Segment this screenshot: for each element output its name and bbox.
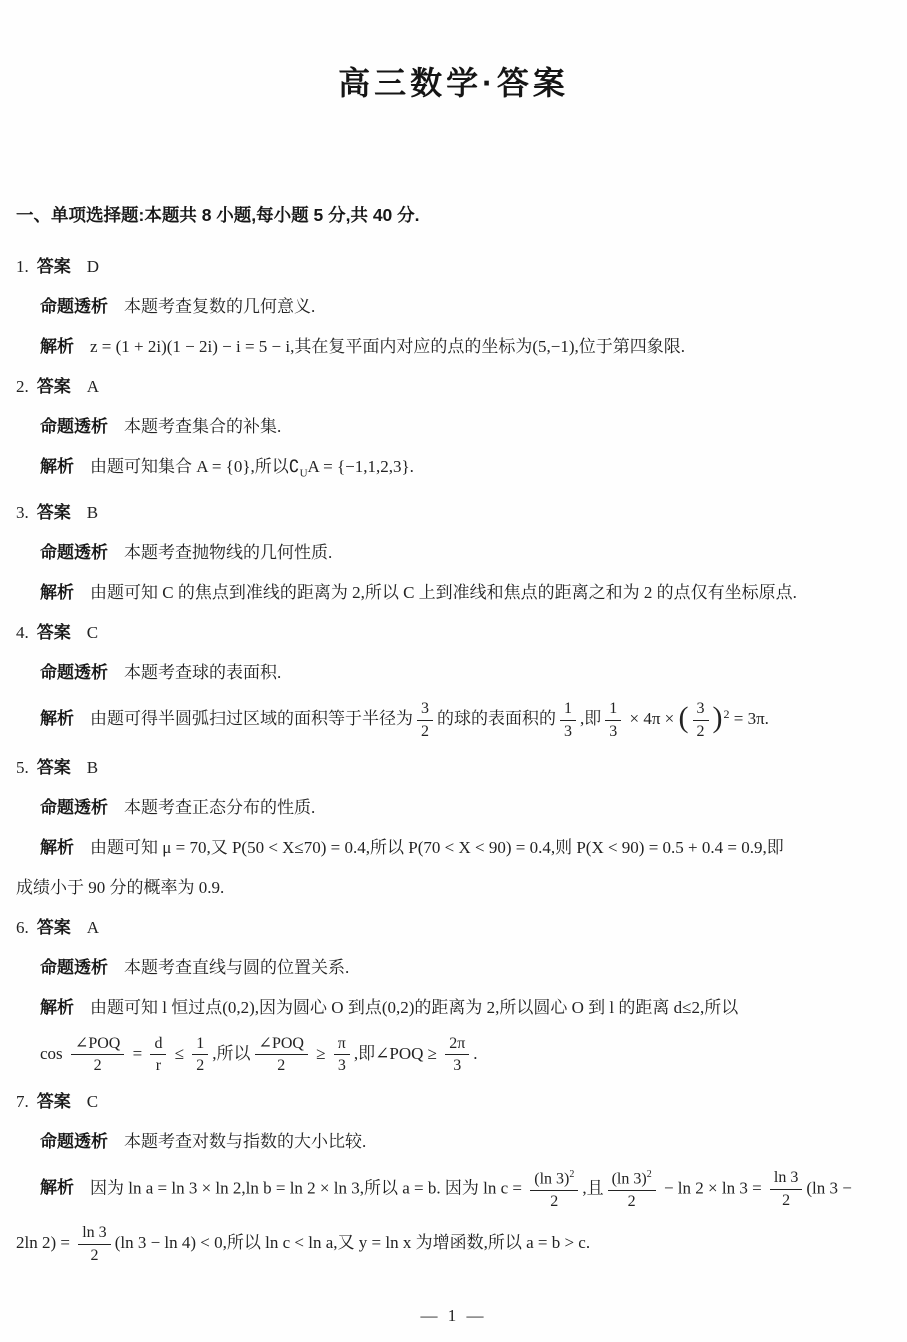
solution-text: − ln 2 × ln 3 =	[660, 1178, 766, 1197]
fraction: 13	[560, 700, 576, 740]
fraction: 32	[693, 700, 709, 740]
question-block-5: 5.答案B 命题透析本题考查正态分布的性质. 解析由题可知 μ = 70,又 P…	[16, 755, 881, 901]
analysis-text: 本题考查集合的补集.	[124, 417, 281, 436]
solution-text: ≤	[170, 1044, 188, 1063]
complement-subscript: U	[300, 467, 308, 479]
answer-value: B	[87, 758, 99, 777]
numerator: 2π	[445, 1035, 469, 1056]
numerator-exponent: 2	[569, 1169, 574, 1180]
fraction: 13	[605, 700, 621, 740]
fraction: dr	[150, 1035, 166, 1075]
analysis-text: 本题考查复数的几何意义.	[124, 297, 315, 316]
question-block-3: 3.答案B 命题透析本题考查抛物线的几何性质. 解析由题可知 C 的焦点到准线的…	[16, 500, 881, 606]
fraction: (ln 3)22	[530, 1169, 578, 1211]
analysis-label: 命题透析	[40, 958, 108, 977]
solution-text: ,即∠POQ ≥	[354, 1044, 441, 1063]
answer-line: 7.答案C	[16, 1089, 881, 1115]
answer-line: 1.答案D	[16, 254, 881, 280]
solution-line: 解析由题可知 l 恒过点(0,2),因为圆心 O 到点(0,2)的距离为 2,所…	[16, 995, 881, 1021]
fraction: ∠POQ2	[255, 1035, 308, 1075]
answer-label: 答案	[37, 918, 71, 937]
solution-continuation: cos ∠POQ2 = dr ≤ 12,所以∠POQ2 ≥ π3,即∠POQ ≥…	[16, 1035, 881, 1075]
page-title: 高三数学·答案	[0, 0, 907, 104]
question-number: 7.	[16, 1092, 29, 1111]
fraction: ln 32	[770, 1169, 802, 1209]
answer-label: 答案	[37, 623, 71, 642]
solution-text: ≥	[312, 1044, 330, 1063]
analysis-label: 命题透析	[40, 297, 108, 316]
denominator: 2	[78, 1245, 110, 1265]
solution-text: 成绩小于 90 分的概率为 0.9.	[16, 878, 224, 897]
solution-text: (ln 3 −	[806, 1178, 851, 1197]
denominator: r	[150, 1055, 166, 1075]
analysis-line: 命题透析本题考查对数与指数的大小比较.	[16, 1129, 881, 1155]
numerator: π	[334, 1035, 350, 1056]
solution-text: (ln 3 − ln 4) < 0,所以 ln c < ln a,又 y = l…	[115, 1233, 590, 1252]
answer-line: 6.答案A	[16, 915, 881, 941]
solution-text: ,所以	[212, 1044, 250, 1063]
numerator: ln 3	[770, 1169, 802, 1190]
solution-text: .	[473, 1044, 477, 1063]
analysis-line: 命题透析本题考查抛物线的几何性质.	[16, 540, 881, 566]
fraction: ln 32	[78, 1224, 110, 1264]
analysis-label: 命题透析	[40, 663, 108, 682]
solution-text: = 3π.	[730, 709, 769, 728]
numerator: ∠POQ	[71, 1035, 124, 1056]
section-header: 一、单项选择题:本题共 8 小题,每小题 5 分,共 40 分.	[16, 202, 881, 228]
close-paren: )	[713, 701, 723, 734]
question-number: 2.	[16, 377, 29, 396]
answer-line: 5.答案B	[16, 755, 881, 781]
solution-label: 解析	[40, 583, 74, 602]
solution-text: × 4π ×	[625, 709, 678, 728]
question-block-2: 2.答案A 命题透析本题考查集合的补集. 解析由题可知集合 A = {0},所以…	[16, 374, 881, 486]
denominator: 3	[334, 1055, 350, 1075]
solution-line: 解析z = (1 + 2i)(1 − 2i) − i = 5 − i,其在复平面…	[16, 334, 881, 360]
numerator: (ln 3)2	[608, 1169, 656, 1191]
fraction: ∠POQ2	[71, 1035, 124, 1075]
solution-line: 解析由题可知集合 A = {0},所以∁UA = {−1,1,2,3}.	[16, 454, 881, 486]
solution-text: =	[128, 1044, 146, 1063]
denominator: 2	[693, 721, 709, 741]
solution-label: 解析	[40, 998, 74, 1017]
numerator-text: (ln 3)	[534, 1170, 569, 1187]
fraction: 12	[192, 1035, 208, 1075]
denominator: 3	[445, 1055, 469, 1075]
denominator: 3	[605, 721, 621, 741]
fraction: 32	[417, 700, 433, 740]
solution-line: 解析由题可得半圆弧扫过区域的面积等于半径为32的球的表面积的13,即13 × 4…	[16, 700, 881, 740]
solution-text: 由题可知 l 恒过点(0,2),因为圆心 O 到点(0,2)的距离为 2,所以圆…	[90, 998, 738, 1017]
answer-value: A	[87, 918, 100, 937]
open-paren: (	[679, 701, 689, 734]
analysis-text: 本题考查正态分布的性质.	[124, 798, 315, 817]
answer-label: 答案	[37, 503, 71, 522]
answer-label: 答案	[37, 377, 71, 396]
solution-text: 由题可知集合 A = {0},所以∁	[90, 457, 300, 476]
numerator: 1	[560, 700, 576, 721]
solution-label: 解析	[40, 709, 74, 728]
analysis-line: 命题透析本题考查复数的几何意义.	[16, 294, 881, 320]
question-block-7: 7.答案C 命题透析本题考查对数与指数的大小比较. 解析因为 ln a = ln…	[16, 1089, 881, 1265]
numerator: 3	[693, 700, 709, 721]
solution-text: A = {−1,1,2,3}.	[308, 457, 414, 476]
analysis-text: 本题考查直线与圆的位置关系.	[124, 958, 349, 977]
denominator: 2	[530, 1191, 578, 1211]
solution-label: 解析	[40, 457, 74, 476]
answer-label: 答案	[37, 1092, 71, 1111]
answer-line: 4.答案C	[16, 620, 881, 646]
fraction: π3	[334, 1035, 350, 1075]
solution-label: 解析	[40, 1178, 74, 1197]
solution-text: 由题可知 μ = 70,又 P(50 < X≤70) = 0.4,所以 P(70…	[90, 838, 784, 857]
solution-text: 因为 ln a = ln 3 × ln 2,ln b = ln 2 × ln 3…	[90, 1178, 526, 1197]
answer-label: 答案	[37, 257, 71, 276]
numerator: 1	[605, 700, 621, 721]
denominator: 3	[560, 721, 576, 741]
denominator: 2	[770, 1190, 802, 1210]
solution-text: 的球的表面积的	[437, 709, 556, 728]
numerator: 3	[417, 700, 433, 721]
denominator: 2	[71, 1055, 124, 1075]
solution-line: 解析由题可知 C 的焦点到准线的距离为 2,所以 C 上到准线和焦点的距离之和为…	[16, 580, 881, 606]
answer-line: 3.答案B	[16, 500, 881, 526]
analysis-label: 命题透析	[40, 1132, 108, 1151]
analysis-line: 命题透析本题考查集合的补集.	[16, 414, 881, 440]
analysis-label: 命题透析	[40, 543, 108, 562]
solution-text: cos	[40, 1044, 67, 1063]
numerator: ln 3	[78, 1224, 110, 1245]
answer-value: D	[87, 257, 100, 276]
numerator: d	[150, 1035, 166, 1056]
denominator: 2	[417, 721, 433, 741]
solution-text: z = (1 + 2i)(1 − 2i) − i = 5 − i,其在复平面内对…	[90, 337, 685, 356]
question-number: 4.	[16, 623, 29, 642]
analysis-line: 命题透析本题考查球的表面积.	[16, 660, 881, 686]
analysis-label: 命题透析	[40, 798, 108, 817]
denominator: 2	[255, 1055, 308, 1075]
fraction: 2π3	[445, 1035, 469, 1075]
question-number: 6.	[16, 918, 29, 937]
answer-value: B	[87, 503, 99, 522]
answer-value: A	[87, 377, 100, 396]
question-block-4: 4.答案C 命题透析本题考查球的表面积. 解析由题可得半圆弧扫过区域的面积等于半…	[16, 620, 881, 740]
analysis-line: 命题透析本题考查正态分布的性质.	[16, 795, 881, 821]
question-block-6: 6.答案A 命题透析本题考查直线与圆的位置关系. 解析由题可知 l 恒过点(0,…	[16, 915, 881, 1075]
question-number: 1.	[16, 257, 29, 276]
denominator: 2	[192, 1055, 208, 1075]
solution-continuation: 成绩小于 90 分的概率为 0.9.	[16, 875, 881, 901]
answer-line: 2.答案A	[16, 374, 881, 400]
solution-text: 2ln 2) =	[16, 1233, 74, 1252]
question-number: 3.	[16, 503, 29, 522]
solution-line: 解析因为 ln a = ln 3 × ln 2,ln b = ln 2 × ln…	[16, 1169, 881, 1211]
solution-line: 解析由题可知 μ = 70,又 P(50 < X≤70) = 0.4,所以 P(…	[16, 835, 881, 861]
page-content: 一、单项选择题:本题共 8 小题,每小题 5 分,共 40 分. 1.答案D 命…	[0, 202, 907, 1264]
numerator: (ln 3)2	[530, 1169, 578, 1191]
solution-label: 解析	[40, 337, 74, 356]
solution-label: 解析	[40, 838, 74, 857]
analysis-text: 本题考查对数与指数的大小比较.	[124, 1132, 366, 1151]
question-block-1: 1.答案D 命题透析本题考查复数的几何意义. 解析z = (1 + 2i)(1 …	[16, 254, 881, 360]
answer-value: C	[87, 623, 99, 642]
question-number: 5.	[16, 758, 29, 777]
answer-label: 答案	[37, 758, 71, 777]
numerator-text: (ln 3)	[612, 1170, 647, 1187]
solution-text: ,且	[582, 1178, 603, 1197]
solution-continuation: 2ln 2) = ln 32(ln 3 − ln 4) < 0,所以 ln c …	[16, 1224, 881, 1264]
analysis-text: 本题考查球的表面积.	[124, 663, 281, 682]
analysis-label: 命题透析	[40, 417, 108, 436]
numerator: 1	[192, 1035, 208, 1056]
page-number: — 1 —	[0, 1306, 907, 1326]
solution-text: 由题可得半圆弧扫过区域的面积等于半径为	[90, 709, 413, 728]
fraction: (ln 3)22	[608, 1169, 656, 1211]
answer-value: C	[87, 1092, 99, 1111]
solution-text: ,即	[580, 709, 601, 728]
solution-text: 由题可知 C 的焦点到准线的距离为 2,所以 C 上到准线和焦点的距离之和为 2…	[90, 583, 797, 602]
answer-sheet-page: 高三数学·答案 一、单项选择题:本题共 8 小题,每小题 5 分,共 40 分.…	[0, 0, 907, 1342]
analysis-line: 命题透析本题考查直线与圆的位置关系.	[16, 955, 881, 981]
numerator-exponent: 2	[647, 1169, 652, 1180]
numerator: ∠POQ	[255, 1035, 308, 1056]
analysis-text: 本题考查抛物线的几何性质.	[124, 543, 332, 562]
denominator: 2	[608, 1191, 656, 1211]
